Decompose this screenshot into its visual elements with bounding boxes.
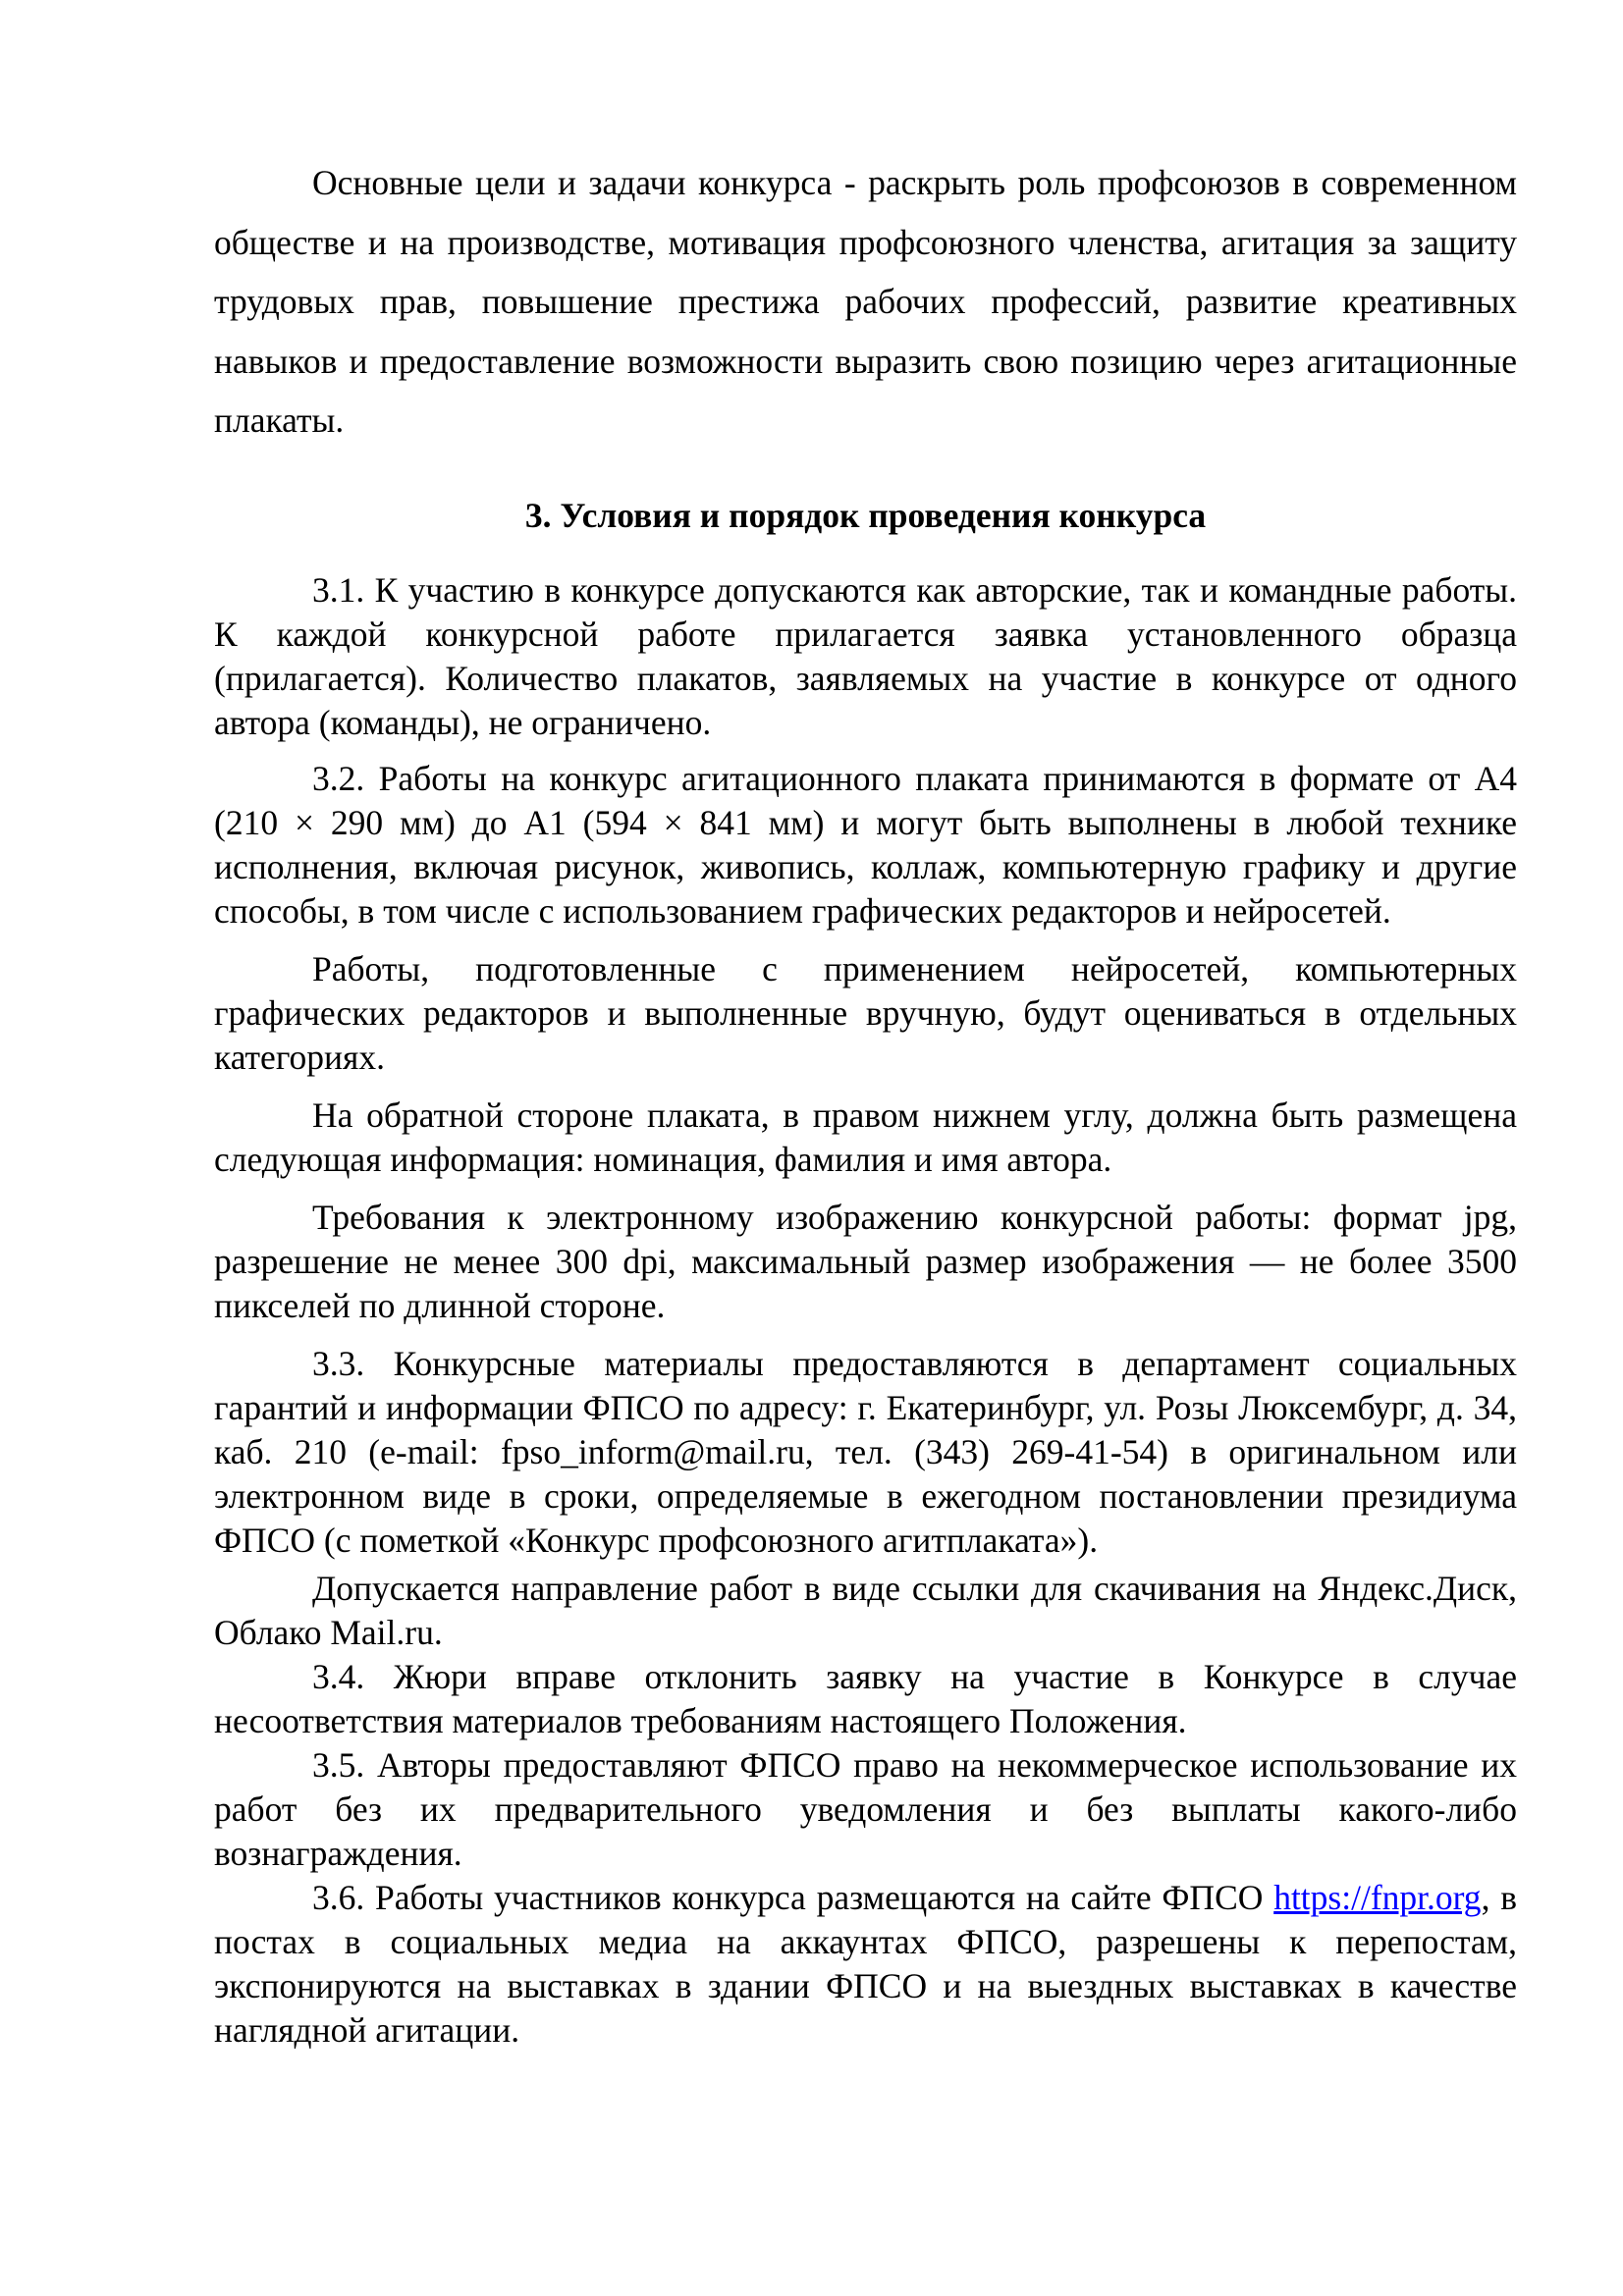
clause-3-3: 3.3. Конкурсные материалы предоставляютс… [214, 1342, 1517, 1563]
clause-3-1: 3.1. К участию в конкурсе допускаются ка… [214, 568, 1517, 745]
clause-3-3-links: Допускается направление работ в виде ссы… [214, 1567, 1517, 1655]
intro-paragraph: Основные цели и задачи конкурса - раскры… [214, 153, 1517, 451]
clause-3-2-backside-info: На обратной стороне плаката, в правом ни… [214, 1094, 1517, 1182]
section-heading: 3. Условия и порядок проведения конкурса [214, 492, 1517, 539]
clause-3-6: 3.6. Работы участников конкурса размещаю… [214, 1876, 1517, 2053]
clause-3-4: 3.4. Жюри вправе отклонить заявку на уча… [214, 1655, 1517, 1743]
fnpr-website-link[interactable]: https://fnpr.org [1273, 1878, 1481, 1917]
clause-3-6-text-start: 3.6. Работы участников конкурса размещаю… [312, 1878, 1273, 1917]
clause-3-2: 3.2. Работы на конкурс агитационного пла… [214, 757, 1517, 934]
clause-3-2-image-requirements: Требования к электронному изображению ко… [214, 1196, 1517, 1328]
clause-3-2-categories: Работы, подготовленные с применением ней… [214, 947, 1517, 1080]
document-page: Основные цели и задачи конкурса - раскры… [214, 153, 1517, 2053]
clause-3-5: 3.5. Авторы предоставляют ФПСО право на … [214, 1743, 1517, 1876]
